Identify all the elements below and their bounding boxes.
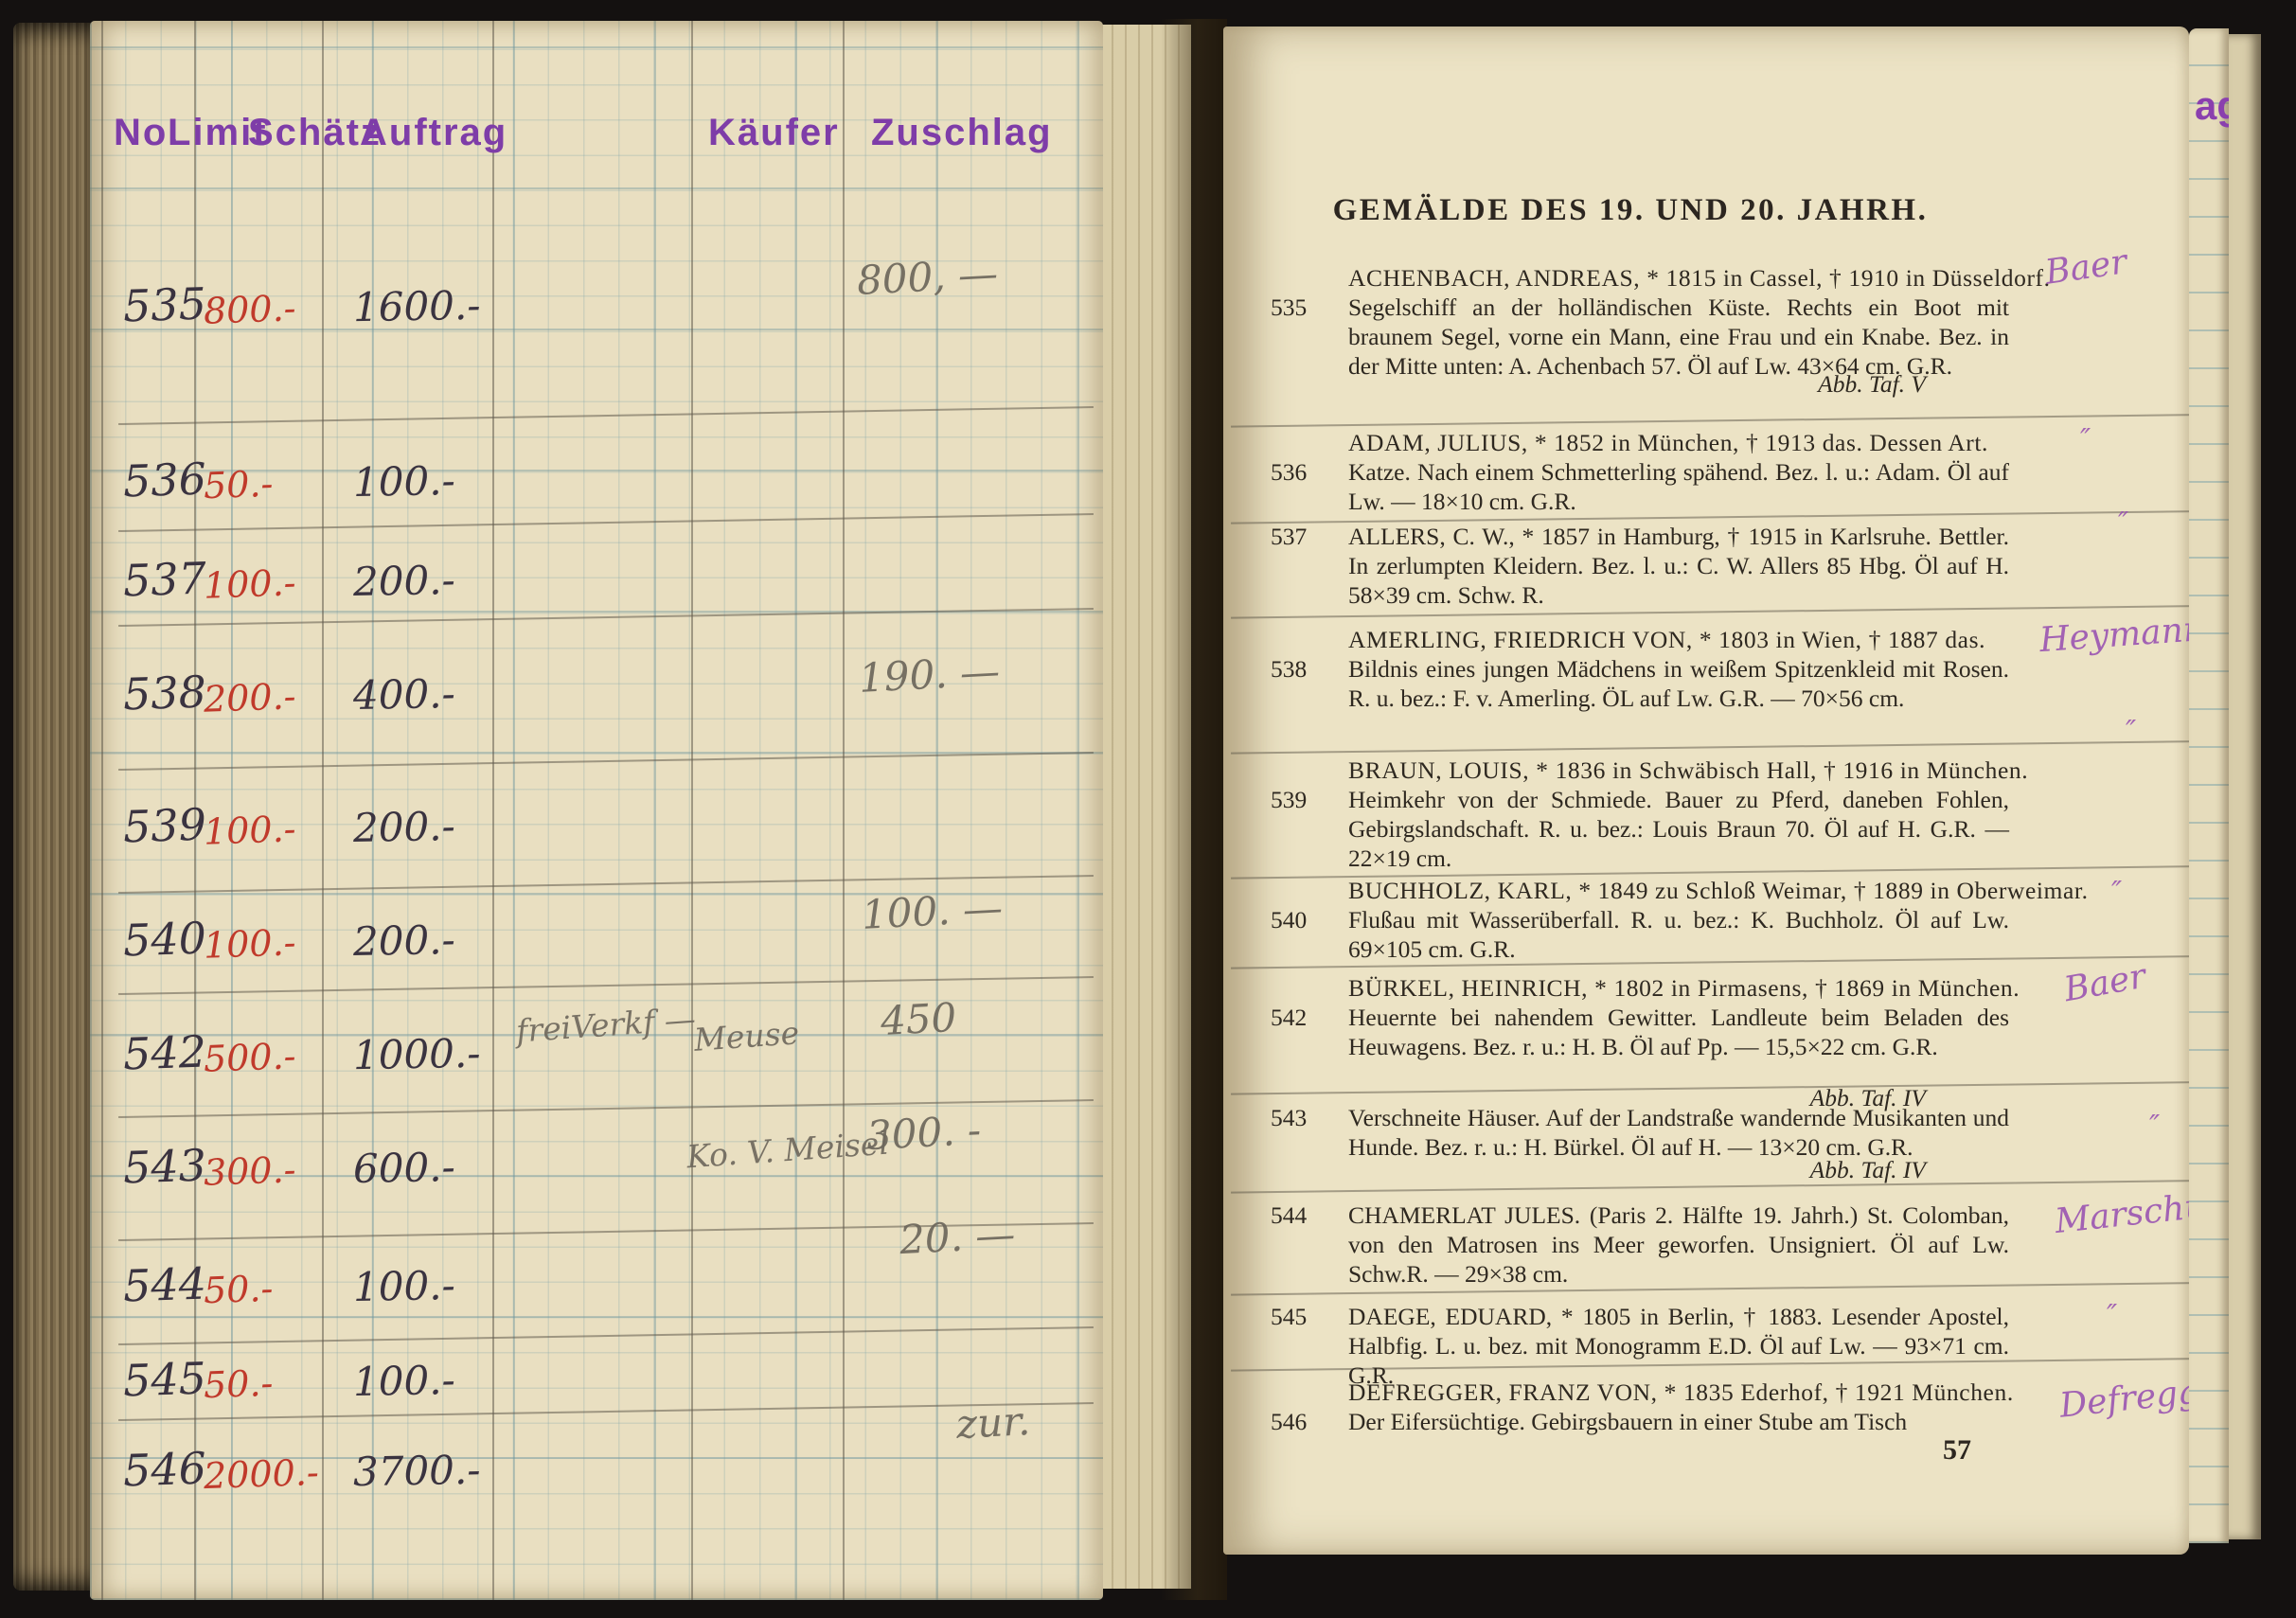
ledger-auftrag: freiVerkf —	[515, 1000, 697, 1049]
ledger-kaeufer: Meuse	[693, 1014, 800, 1058]
margin-annotation-538: Heymann	[2038, 610, 2206, 660]
catalog-entry-542: 542BÜRKEL, HEINRICH, * 1802 in Pirmasens…	[1271, 973, 2009, 1061]
entry-number: 544	[1271, 1200, 1344, 1230]
entry-description: Flußau mit Wasserüberfall. R. u. bez.: K…	[1348, 905, 2009, 964]
ledger-limit: 50.-	[203, 1362, 274, 1407]
entry-artist-line: AMERLING, FRIEDRICH VON, * 1803 in Wien,…	[1348, 625, 2009, 654]
ledger-row-line-5	[118, 976, 1094, 995]
entry-number: 535	[1271, 293, 1344, 322]
entry-artist-line: BRAUN, LOUIS, * 1836 in Schwäbisch Hall,…	[1348, 756, 2009, 785]
ledger-schaetz: 100.-	[353, 1357, 456, 1405]
entry-description: Katze. Nach einem Schmetterling spähend.…	[1348, 457, 2009, 516]
ledger-column-line-3	[492, 21, 494, 1600]
entry-artist-line: ACHENBACH, ANDREAS, * 1815 in Cassel, † …	[1348, 263, 2009, 293]
ledger-schaetz: 400.-	[353, 670, 456, 719]
catalog-entry-546: 546DEFREGGER, FRANZ VON, * 1835 Ederhof,…	[1271, 1378, 2009, 1436]
ledger-zuschlag: 800, —	[856, 250, 999, 304]
ledger-header-zuschlag: Zuschlag	[871, 112, 1053, 154]
ledger-limit: 800.-	[203, 287, 296, 331]
ledger-limit: 200.-	[203, 675, 296, 720]
ledger-zuschlag: zur.	[955, 1397, 1031, 1448]
ledger-header-kufer: Käufer	[708, 112, 840, 154]
entry-description: Verschneite Häuser. Auf der Landstraße w…	[1348, 1103, 2009, 1162]
ledger-limit: 100.-	[203, 808, 296, 852]
ledger-no: 545	[122, 1352, 207, 1406]
ledger-schaetz: 1000.-	[353, 1030, 481, 1078]
ledger-header-auftrag: Auftrag	[360, 112, 507, 154]
ledger-schaetz: 100.-	[353, 457, 456, 506]
fore-edge-strip: ag	[2189, 28, 2229, 1543]
margin-annotation-539: ″	[2126, 715, 2136, 748]
entry-number: 545	[1271, 1302, 1344, 1331]
catalog-page: GEMÄLDE DES 19. UND 20. JAHRH. 57 535ACH…	[1223, 27, 2189, 1555]
margin-annotation-545: ″	[2107, 1299, 2117, 1332]
entry-plate-ref: Abb. Taf. V	[1818, 369, 1926, 399]
ledger-limit: 50.-	[203, 1268, 274, 1312]
ledger-zuschlag: 190. —	[858, 648, 1001, 702]
entry-artist-line: BÜRKEL, HEINRICH, * 1802 in Pirmasens, †…	[1348, 973, 2009, 1003]
entry-number: 543	[1271, 1103, 1344, 1132]
entry-description: CHAMERLAT JULES. (Paris 2. Hälfte 19. Ja…	[1348, 1200, 2009, 1289]
entry-separator-3	[1231, 739, 2252, 754]
left-page-edges	[13, 23, 102, 1591]
entry-artist-line: BUCHHOLZ, KARL, * 1849 zu Schloß Weimar,…	[1348, 876, 2009, 905]
ledger-schaetz: 200.-	[353, 803, 456, 851]
catalog-entry-539: 539BRAUN, LOUIS, * 1836 in Schwäbisch Ha…	[1271, 756, 2009, 873]
ledger-row-line-1	[118, 513, 1094, 532]
ledger-no: 543	[122, 1139, 207, 1193]
catalog-entry-535: 535ACHENBACH, ANDREAS, * 1815 in Cassel,…	[1271, 263, 2009, 381]
ledger-zuschlag: 300. -	[865, 1107, 982, 1159]
entry-number: 546	[1271, 1407, 1344, 1436]
ledger-zuschlag: 100. —	[861, 884, 1004, 938]
entry-number: 537	[1271, 522, 1344, 551]
entry-separator-7	[1231, 1179, 2252, 1193]
ledger-page: No.LimitSchätzAuftragKäuferZuschlag53580…	[90, 21, 1103, 1600]
ledger-column-line-5	[843, 21, 845, 1600]
ledger-no: 537	[122, 552, 207, 606]
ledger-row-line-9	[118, 1402, 1094, 1421]
ledger-zuschlag: 450	[880, 994, 958, 1044]
catalog-entry-544: 544CHAMERLAT JULES. (Paris 2. Hälfte 19.…	[1271, 1200, 2009, 1289]
ledger-no: 542	[122, 1025, 207, 1079]
entry-number: 539	[1271, 785, 1344, 814]
ledger-column-line-2	[322, 21, 324, 1600]
entry-description: Bildnis eines jungen Mädchens in weißem …	[1348, 654, 2009, 713]
ledger-no: 539	[122, 798, 207, 852]
entry-artist-line: DEFREGGER, FRANZ VON, * 1835 Ederhof, † …	[1348, 1378, 2009, 1407]
entry-separator-0	[1231, 413, 2252, 427]
auction-catalog-book-scan: No.LimitSchätzAuftragKäuferZuschlag53580…	[0, 0, 2296, 1618]
ledger-limit: 2000.-	[203, 1451, 319, 1497]
entry-description: Heimkehr von der Schmiede. Bauer zu Pfer…	[1348, 785, 2009, 873]
entry-artist-line: ADAM, JULIUS, * 1852 in München, † 1913 …	[1348, 428, 2009, 457]
ledger-column-line-0	[101, 21, 103, 1600]
margin-annotation-537: ″	[2118, 507, 2128, 540]
ledger-limit: 100.-	[203, 921, 296, 966]
ledger-row-line-3	[118, 752, 1094, 771]
margin-annotation-542: Baer	[2061, 957, 2148, 1009]
entry-number: 540	[1271, 905, 1344, 934]
entry-plate-ref: Abb. Taf. IV	[1810, 1155, 1926, 1184]
ledger-row-line-0	[118, 406, 1094, 425]
gutter-shadow	[1161, 19, 1227, 1600]
ledger-no: 538	[122, 666, 207, 720]
catalog-entry-537: 537ALLERS, C. W., * 1857 in Hamburg, † 1…	[1271, 522, 2009, 610]
margin-annotation-540: ″	[2111, 876, 2122, 909]
entry-number: 536	[1271, 457, 1344, 487]
catalog-entry-543: 543Verschneite Häuser. Auf der Landstraß…	[1271, 1103, 2009, 1162]
ledger-schaetz: 200.-	[353, 916, 456, 965]
ledger-row-line-8	[118, 1326, 1094, 1345]
catalog-entry-536: 536ADAM, JULIUS, * 1852 in München, † 19…	[1271, 428, 2009, 516]
margin-annotation-536: ″	[2080, 423, 2091, 456]
ledger-limit: 500.-	[203, 1035, 296, 1079]
ledger-no: 536	[122, 453, 207, 507]
margin-annotation-535: Baer	[2043, 242, 2129, 293]
ledger-no: 540	[122, 912, 207, 966]
page-number: 57	[1943, 1434, 1971, 1467]
ledger-no: 544	[122, 1257, 207, 1311]
ledger-zuschlag: 20. —	[899, 1211, 1017, 1263]
ledger-limit: 50.-	[203, 463, 274, 507]
fore-edge-strip-2	[2229, 34, 2261, 1539]
page-title: GEMÄLDE DES 19. UND 20. JAHRH.	[1261, 193, 2000, 228]
ledger-schaetz: 1600.-	[353, 282, 481, 330]
catalog-entry-538: 538AMERLING, FRIEDRICH VON, * 1803 in Wi…	[1271, 625, 2009, 713]
catalog-entry-540: 540BUCHHOLZ, KARL, * 1849 zu Schloß Weim…	[1271, 876, 2009, 964]
entry-description: Segelschiff an der holländischen Küste. …	[1348, 293, 2009, 381]
ledger-column-line-4	[691, 21, 693, 1600]
ledger-limit: 300.-	[203, 1148, 296, 1193]
entry-separator-6	[1231, 1080, 2252, 1094]
entry-description: Der Eifersüchtige. Gebirgsbauern in eine…	[1348, 1407, 2009, 1436]
ledger-row-line-2	[118, 608, 1094, 627]
ledger-no: 535	[122, 277, 207, 331]
entry-number: 538	[1271, 654, 1344, 684]
entry-description: ALLERS, C. W., * 1857 in Hamburg, † 1915…	[1348, 522, 2009, 610]
margin-annotation-543: ″	[2149, 1110, 2160, 1143]
ledger-kaeufer: Ko. V. Meisel	[685, 1125, 890, 1176]
ledger-no: 546	[122, 1442, 207, 1496]
ledger-schaetz: 3700.-	[353, 1447, 481, 1495]
entry-description: Heuernte bei nahendem Gewitter. Landleut…	[1348, 1003, 2009, 1061]
entry-number: 542	[1271, 1003, 1344, 1032]
ledger-schaetz: 100.-	[353, 1262, 456, 1310]
ledger-schaetz: 200.-	[353, 557, 456, 605]
ledger-schaetz: 600.-	[353, 1144, 456, 1192]
ledger-limit: 100.-	[203, 561, 296, 606]
